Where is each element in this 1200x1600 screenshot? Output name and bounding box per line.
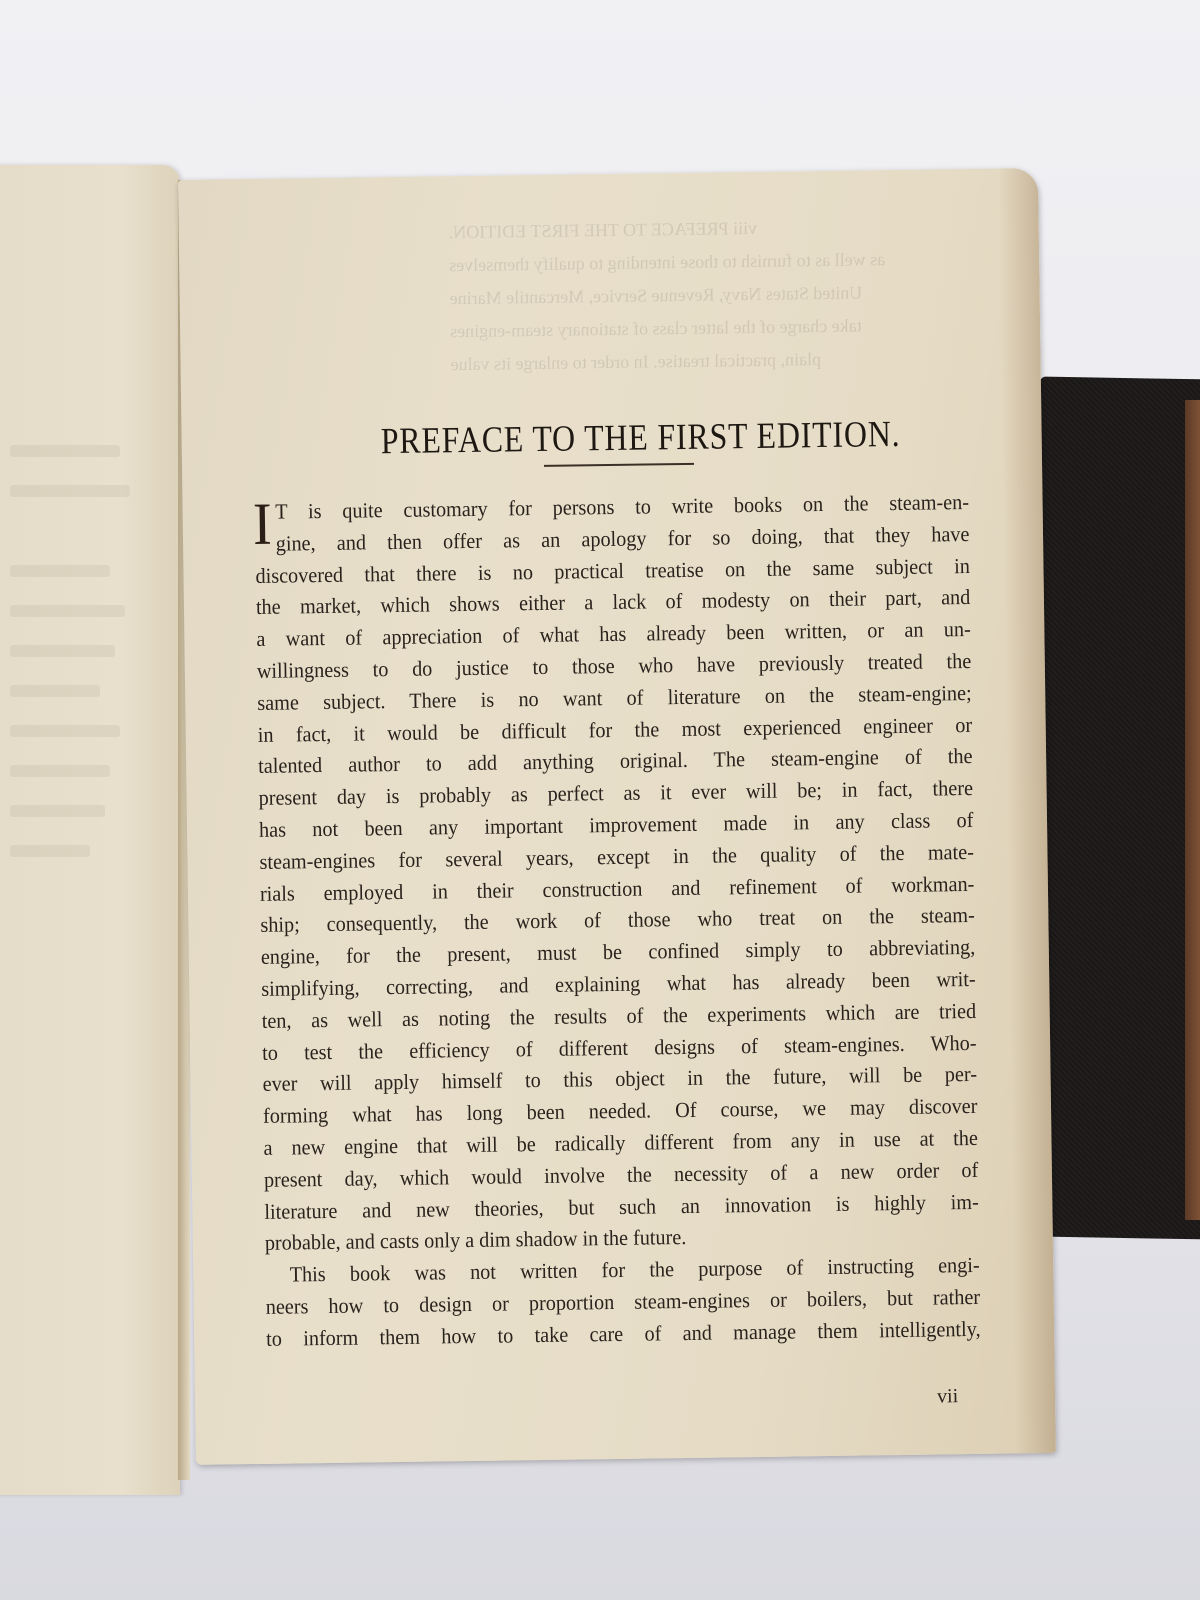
faint-text-line: [10, 765, 110, 777]
drop-cap: I: [253, 499, 272, 549]
book-page-recto: viii PREFACE TO THE FIRST EDITION. as we…: [178, 168, 1056, 1465]
preface-body: I T is quite customary for persons to wr…: [254, 487, 980, 1355]
faint-text-line: [10, 605, 125, 617]
faint-text-line: [10, 685, 100, 697]
faint-text-line: [10, 645, 115, 657]
book-cover-edge: [1185, 400, 1200, 1220]
faint-text-line: [10, 485, 130, 497]
book-cover-black: [1040, 377, 1200, 1240]
page-number: vii: [937, 1385, 958, 1408]
faint-text-line: [10, 845, 90, 857]
title-rule-divider: [544, 463, 694, 467]
faint-text-line: [10, 725, 120, 737]
faint-text-line: [10, 805, 105, 817]
faint-text-line: [10, 445, 120, 457]
page-content: PREFACE TO THE FIRST EDITION. I T is qui…: [250, 168, 1010, 179]
bleed-through-text: viii PREFACE TO THE FIRST EDITION. as we…: [449, 208, 1011, 381]
bleed-line: plain, practical treatise. In order to e…: [450, 340, 1010, 381]
left-page-verso: [0, 165, 180, 1495]
faint-text-line: [10, 565, 110, 577]
page-title: PREFACE TO THE FIRST EDITION.: [361, 412, 921, 463]
